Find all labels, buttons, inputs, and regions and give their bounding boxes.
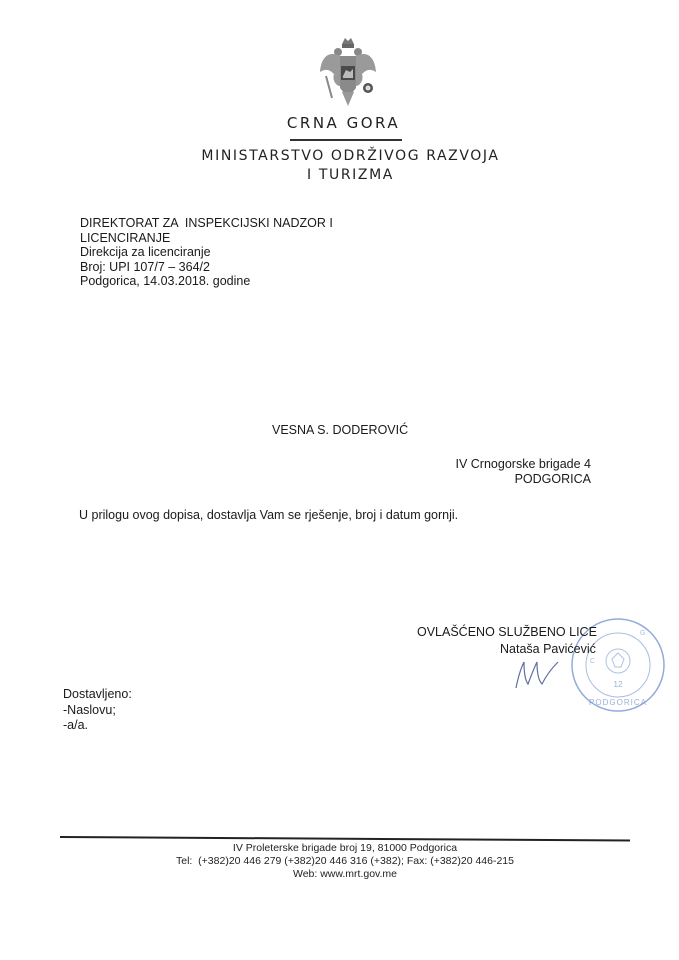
delivery-item: -Naslovu; <box>63 703 132 719</box>
footer-phones: Tel: (+382)20 446 279 (+382)20 446 316 (… <box>60 855 630 868</box>
signatory-name: Nataša Pavićević <box>500 642 596 656</box>
delivery-list: Dostavljeno: -Naslovu; -a/a. <box>63 687 132 734</box>
svg-text:G: G <box>640 630 645 637</box>
ministry-line-1: MINISTARSTVO ODRŽIVOG RAZVOJA <box>22 147 679 166</box>
recipient-city: PODGORICA <box>456 472 592 487</box>
footer: IV Proleterske brigade broj 19, 81000 Po… <box>60 842 630 881</box>
ministry-name: MINISTARSTVO ODRŽIVOG RAZVOJA I TURIZMA <box>0 147 679 185</box>
country-name: CRNA GORA <box>0 114 679 132</box>
recipient-address: IV Crnogorske brigade 4 PODGORICA <box>456 457 592 487</box>
ministry-line-2: I TURIZMA <box>22 166 679 185</box>
footer-web: Web: www.mrt.gov.me <box>60 868 630 881</box>
svg-text:PODGORICA: PODGORICA <box>589 698 647 707</box>
letter-body: U prilogu ovog dopisa, dostavlja Vam se … <box>79 508 458 522</box>
recipient-name: VESNA S. DODEROVIĆ <box>272 423 408 437</box>
directorate-line-1: DIREKTORAT ZA INSPEKCIJSKI NADZOR I <box>80 216 333 231</box>
delivery-label: Dostavljeno: <box>63 687 132 703</box>
header-divider <box>290 139 402 141</box>
footer-address: IV Proleterske brigade broj 19, 81000 Po… <box>60 842 630 855</box>
signatory-title: OVLAŠĆENO SLUŽBENO LICE <box>417 625 597 639</box>
handwritten-signature-icon <box>512 658 562 690</box>
recipient-street: IV Crnogorske brigade 4 <box>456 457 592 472</box>
directorate-line-2: LICENCIRANJE <box>80 231 333 246</box>
place-date: Podgorica, 14.03.2018. godine <box>80 274 333 289</box>
svg-text:C: C <box>590 658 595 665</box>
reference-number: Broj: UPI 107/7 – 364/2 <box>80 260 333 275</box>
sender-block: DIREKTORAT ZA INSPEKCIJSKI NADZOR I LICE… <box>80 216 333 289</box>
department: Direkcija za licenciranje <box>80 245 333 260</box>
svg-text:12: 12 <box>614 680 623 689</box>
coat-of-arms-icon <box>318 36 378 108</box>
delivery-item: -a/a. <box>63 718 132 734</box>
footer-divider <box>60 836 630 841</box>
